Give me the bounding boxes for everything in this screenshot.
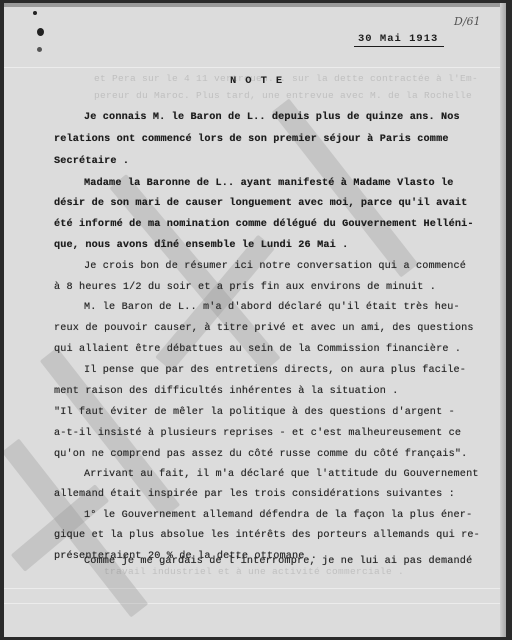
fold-line	[4, 603, 500, 604]
archive-reference: D/61	[454, 15, 481, 28]
text-line: Madame la Baronne de L.. ayant manifesté…	[84, 178, 454, 189]
text-line: a-t-il insisté à plusieurs reprises - et…	[54, 428, 461, 439]
text-line: été informé de ma nomination comme délég…	[54, 219, 474, 230]
fold-line	[4, 588, 500, 589]
text-line: Secrétaire .	[54, 156, 129, 167]
document-date: 30 Mai 1913	[354, 33, 444, 47]
fold-line	[4, 67, 500, 68]
text-line: reux de pouvoir causer, à titre privé et…	[54, 323, 474, 334]
text-line: qu'on ne comprend pas assez du côté russ…	[54, 449, 467, 460]
text-line: ment raison des difficultés inhérentes à…	[54, 386, 399, 397]
text-line: à 8 heures 1/2 du soir et a pris fin aux…	[54, 282, 436, 293]
text-line: gique et la plus absolue les intérêts de…	[54, 530, 480, 541]
text-line: Comme je me gardais de l'interrompre, je…	[84, 556, 472, 567]
text-line: Je crois bon de résumer ici notre conver…	[84, 261, 466, 272]
punch-mark	[33, 11, 37, 15]
text-line: allemand était inspirée par les trois co…	[54, 489, 455, 500]
text-line: Je connais M. le Baron de L.. depuis plu…	[84, 112, 460, 123]
text-line: Arrivant au fait, il m'a déclaré que l'a…	[84, 469, 479, 480]
document-title: NOTE	[230, 75, 291, 87]
text-line: 1° le Gouvernement allemand défendra de …	[84, 510, 472, 521]
text-line: désir de son mari de causer longuement a…	[54, 198, 467, 209]
punch-mark	[37, 47, 42, 52]
text-line: relations ont commencé lors de son premi…	[54, 134, 449, 145]
text-line: "Il faut éviter de mêler la politique à …	[54, 407, 455, 418]
text-line: M. le Baron de L.. m'a d'abord déclaré q…	[84, 302, 460, 313]
bleed-through-text: travail industriel et à une activité com…	[104, 566, 404, 577]
text-line: Il pense que par des entretiens directs,…	[84, 365, 466, 376]
punch-mark	[37, 28, 44, 36]
bleed-through-text: pereur du Maroc. Plus tard, une entrevue…	[94, 90, 472, 101]
text-line: que, nous avons dîné ensemble le Lundi 2…	[54, 240, 348, 251]
document-page: et Pera sur le 4 11 vertrouen... sur la …	[4, 3, 506, 637]
text-line: qui allaient être débattues au sein de l…	[54, 344, 461, 355]
